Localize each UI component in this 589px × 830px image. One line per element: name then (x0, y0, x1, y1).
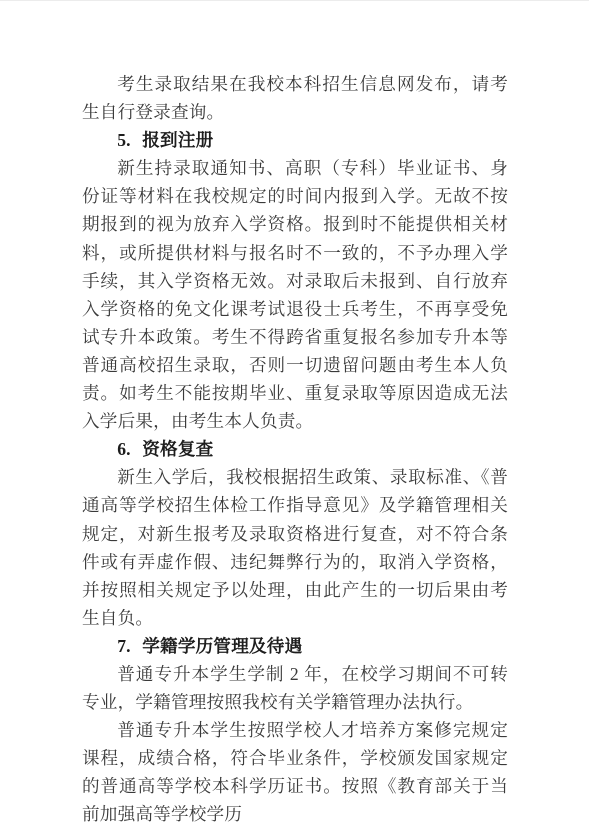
section-heading-registration: 5.报到注册 (117, 126, 508, 154)
section-heading-student-status: 7.学籍学历管理及待遇 (117, 632, 508, 660)
paragraph-study-duration: 普通专升本学生学制 2 年，在校学习期间不可转专业，学籍管理按照我校有关学籍管理… (82, 660, 508, 716)
heading-number: 6. (117, 439, 131, 459)
paragraph-registration-rules: 新生持录取通知书、高职（专科）毕业证书、身份证等材料在我校规定的时间内报到入学。… (82, 154, 508, 435)
document-body: 考生录取结果在我校本科招生信息网发布，请考生自行登录查询。 5.报到注册 新生持… (0, 1, 589, 829)
heading-title: 资格复查 (142, 439, 213, 459)
heading-number: 7. (117, 636, 131, 656)
paragraph-admission-result: 考生录取结果在我校本科招生信息网发布，请考生自行登录查询。 (82, 70, 508, 126)
heading-title: 学籍学历管理及待遇 (142, 636, 302, 656)
paragraph-diploma-rules: 普通专升本学生按照学校人才培养方案修完规定课程，成绩合格，符合毕业条件，学校颁发… (82, 716, 508, 828)
section-heading-qualification-review: 6.资格复查 (117, 435, 508, 463)
heading-title: 报到注册 (142, 130, 213, 150)
paragraph-qualification-review: 新生入学后，我校根据招生政策、录取标准、《普通高等学校招生体检工作指导意见》及学… (82, 463, 508, 632)
document-page: 考生录取结果在我校本科招生信息网发布，请考生自行登录查询。 5.报到注册 新生持… (0, 0, 589, 830)
heading-number: 5. (117, 130, 131, 150)
